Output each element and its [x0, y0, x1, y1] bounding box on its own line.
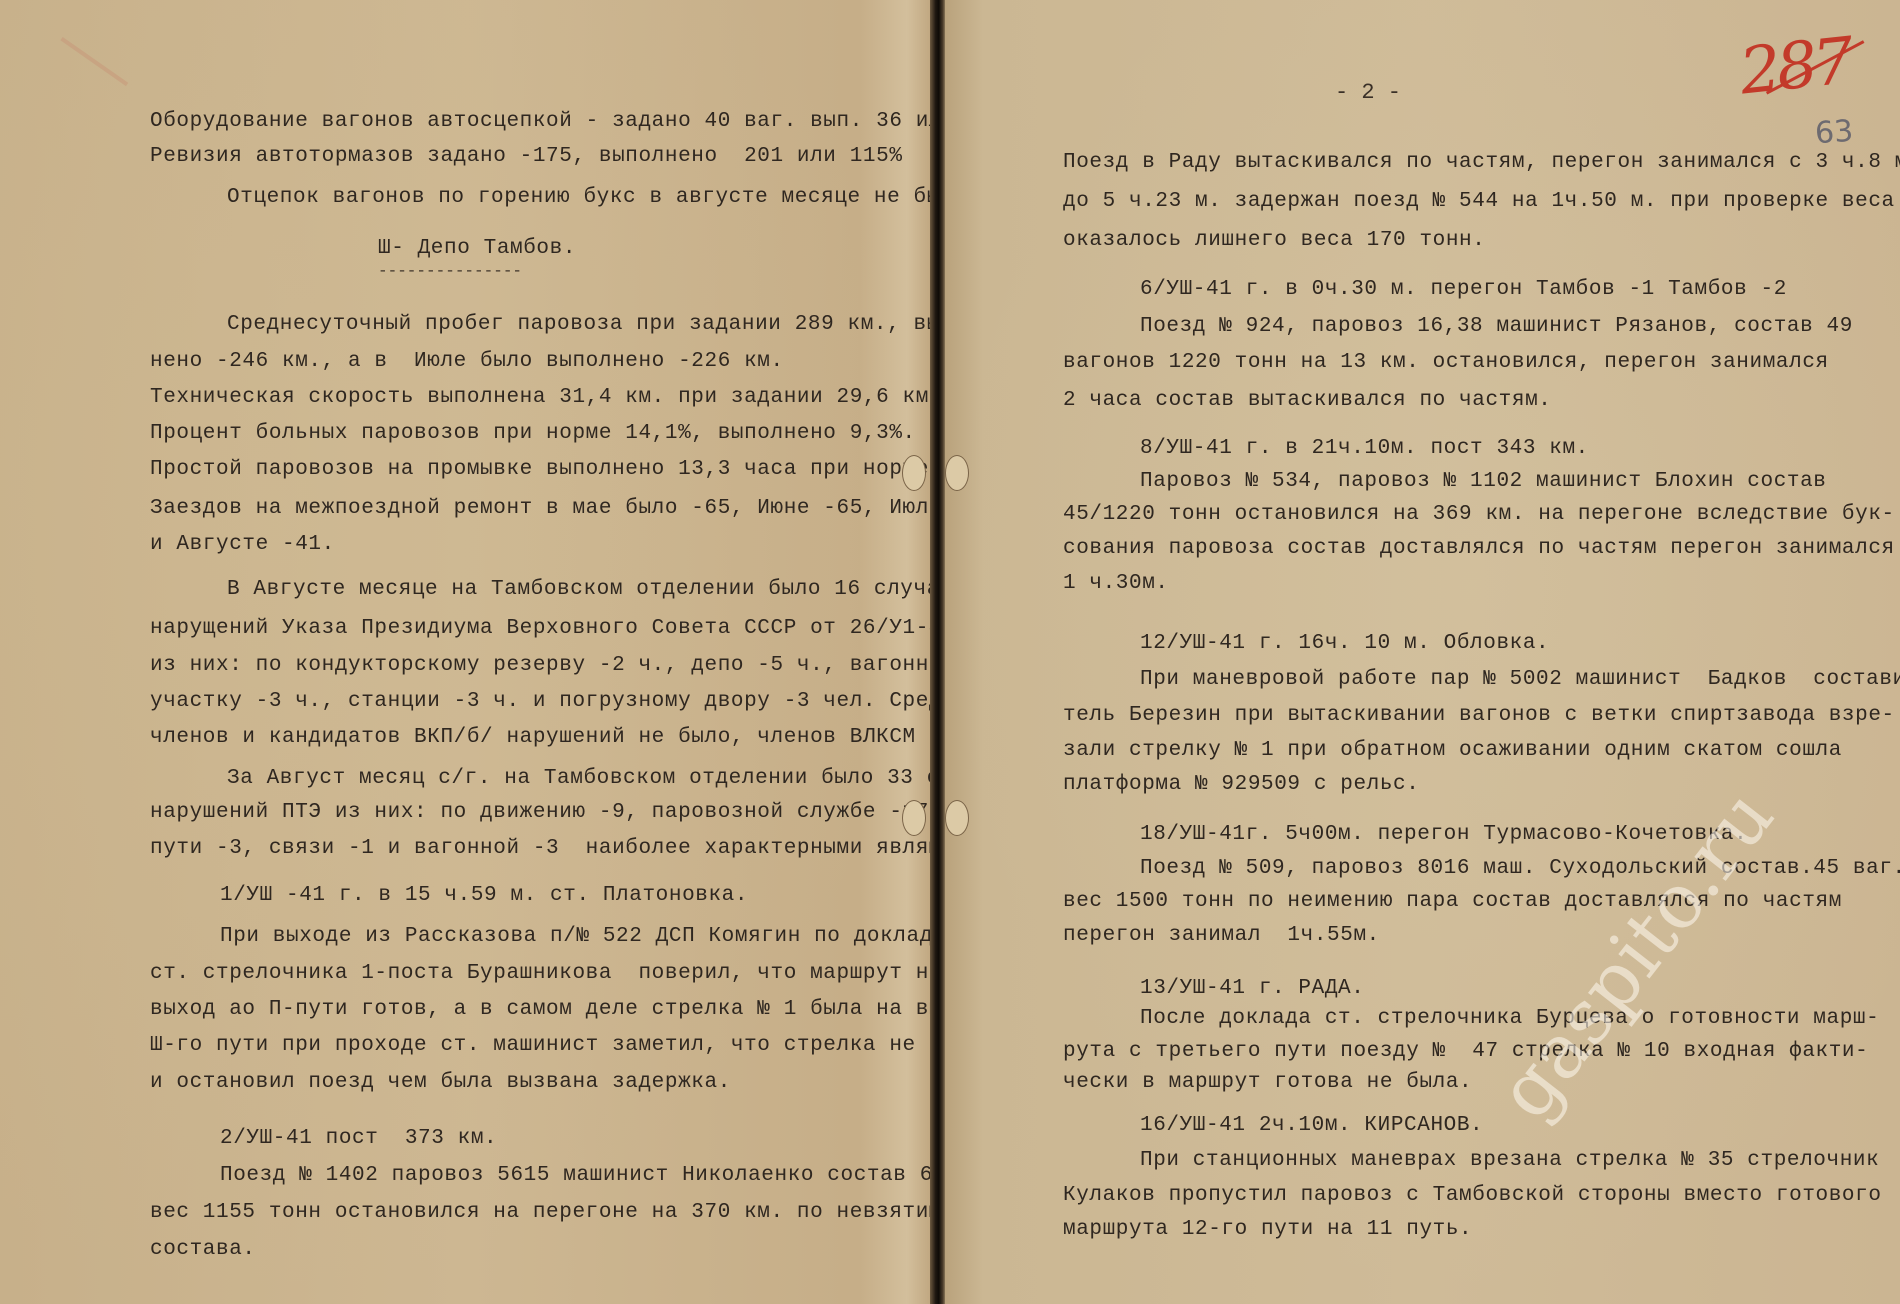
- incident-heading: 16/УШ-41 2ч.10м. КИРСАНОВ.: [1140, 1114, 1483, 1138]
- incident-heading: 13/УШ-41 г. РАДА.: [1140, 977, 1364, 1001]
- text-line: тель Березин при вытаскивании вагонов с …: [1063, 704, 1895, 728]
- text-line: При выходе из Рассказова п/№ 522 ДСП Ком…: [220, 925, 935, 949]
- text-line: оказалось лишнего веса 170 тонн.: [1063, 229, 1485, 253]
- binding-hole: [945, 455, 969, 491]
- text-line: Ш-го пути при проходе ст. машинист замет…: [150, 1034, 935, 1058]
- text-line: вес 1155 тонн остановился на перегоне на…: [150, 1201, 935, 1225]
- text-line: и остановил поезд чем была вызвана задер…: [150, 1071, 731, 1095]
- incident-heading: 1/УШ -41 г. в 15 ч.59 м. ст. Платоновка.: [220, 884, 748, 908]
- text-line: платформа № 929509 с рельс.: [1063, 773, 1419, 797]
- text-line: нено -246 км., а в Июле было выполнено -…: [150, 350, 784, 374]
- text-line: Поезд № 924, паровоз 16,38 машинист Ряза…: [1140, 315, 1853, 339]
- binding-hole: [902, 800, 926, 836]
- text-line: Простой паровозов на промывке выполнено …: [150, 458, 935, 482]
- text-line: чески в маршрут готова не была.: [1063, 1071, 1472, 1095]
- text-line: нарушений ПТЭ из них: по движению -9, па…: [150, 801, 935, 825]
- text-line: Процент больных паровозов при норме 14,1…: [150, 422, 916, 446]
- text-line: маршрута 12-го пути на 11 путь.: [1063, 1218, 1472, 1242]
- text-line: Среднесуточный пробег паровоза при задан…: [227, 313, 935, 337]
- incident-heading: 12/УШ-41 г. 16ч. 10 м. Обловка.: [1140, 632, 1549, 656]
- section-heading: Ш- Депо Тамбов.: [378, 237, 576, 261]
- text-line: из них: по кондукторскому резерву -2 ч.,…: [150, 654, 935, 678]
- text-line: Заездов на межпоездной ремонт в мае было…: [150, 497, 935, 521]
- text-line: зали стрелку № 1 при обратном осаживании…: [1063, 739, 1842, 763]
- text-line: перегон занимал 1ч.55м.: [1063, 924, 1380, 948]
- text-line: ст. стрелочника 1-поста Бурашникова пове…: [150, 962, 935, 986]
- text-line: За Август месяц с/г. на Тамбовском отдел…: [227, 767, 935, 791]
- text-line: рута с третьего пути поезду № 47 стрелка…: [1063, 1040, 1868, 1064]
- left-page: Оборудование вагонов автосцепкой - задан…: [0, 0, 935, 1304]
- faint-red-mark: [32, 37, 129, 127]
- text-line: Ревизия автотормазов задано -175, выполн…: [150, 145, 903, 169]
- right-page: - 2 - 287 63 Поезд в Раду вытаскивался п…: [945, 0, 1900, 1304]
- text-line: При маневровой работе пар № 5002 машинис…: [1140, 668, 1900, 692]
- text-line: выход ао П-пути готов, а в самом деле ст…: [150, 998, 935, 1022]
- archive-number-pencil: 63: [1814, 114, 1855, 152]
- archive-number-red: 287: [1736, 24, 1853, 109]
- text-line: Кулаков пропустил паровоз с Тамбовской с…: [1063, 1184, 1882, 1208]
- text-line: нарущений Указа Президиума Верховного Со…: [150, 617, 935, 641]
- book-spine: [930, 0, 946, 1304]
- text-line: Отцепок вагонов по горению букс в август…: [227, 186, 935, 210]
- text-line: членов и кандидатов ВКП/б/ нарушений не …: [150, 726, 935, 750]
- incident-heading: 6/УШ-41 г. в 0ч.30 м. перегон Тамбов -1 …: [1140, 278, 1787, 302]
- binding-hole: [902, 455, 926, 491]
- heading-underline: ---------------: [378, 262, 522, 280]
- incident-heading: 2/УШ-41 пост 373 км.: [220, 1127, 497, 1151]
- text-line: и Августе -41.: [150, 533, 335, 557]
- text-line: Паровоз № 534, паровоз № 1102 машинист Б…: [1140, 470, 1827, 494]
- text-line: пути -3, связи -1 и вагонной -3 наиболее…: [150, 837, 935, 861]
- text-line: сования паровоза состав доставлялся по ч…: [1063, 537, 1895, 561]
- text-line: В Августе месяце на Тамбовском отделении…: [227, 578, 935, 602]
- text-line: Техническая скорость выполнена 31,4 км. …: [150, 386, 935, 410]
- text-line: 2 часа состав вытаскивался по частям.: [1063, 389, 1551, 413]
- text-line: Поезд № 509, паровоз 8016 маш. Суходольс…: [1140, 857, 1900, 881]
- page-number: - 2 -: [1335, 80, 1401, 105]
- text-line: состава.: [150, 1238, 256, 1262]
- text-line: участку -3 ч., станции -3 ч. и погрузном…: [150, 690, 935, 714]
- text-line: Оборудование вагонов автосцепкой - задан…: [150, 110, 935, 134]
- text-line: При станционных маневрах врезана стрелка…: [1140, 1149, 1879, 1173]
- text-line: вагонов 1220 тонн на 13 км. остановился,…: [1063, 351, 1829, 375]
- text-line: 45/1220 тонн остановился на 369 км. на п…: [1063, 503, 1895, 527]
- text-line: 1 ч.30м.: [1063, 572, 1169, 596]
- incident-heading: 8/УШ-41 г. в 21ч.10м. пост 343 км.: [1140, 437, 1589, 461]
- text-line: Поезд № 1402 паровоз 5615 машинист Никол…: [220, 1164, 935, 1188]
- text-line: Поезд в Раду вытаскивался по частям, пер…: [1063, 151, 1900, 175]
- text-line: до 5 ч.23 м. задержан поезд № 544 на 1ч.…: [1063, 190, 1895, 214]
- binding-hole: [945, 800, 969, 836]
- text-line: После доклада ст. стрелочника Бурцева о …: [1140, 1007, 1879, 1031]
- incident-heading: 18/УШ-41г. 5ч00м. перегон Турмасово-Коче…: [1140, 823, 1747, 847]
